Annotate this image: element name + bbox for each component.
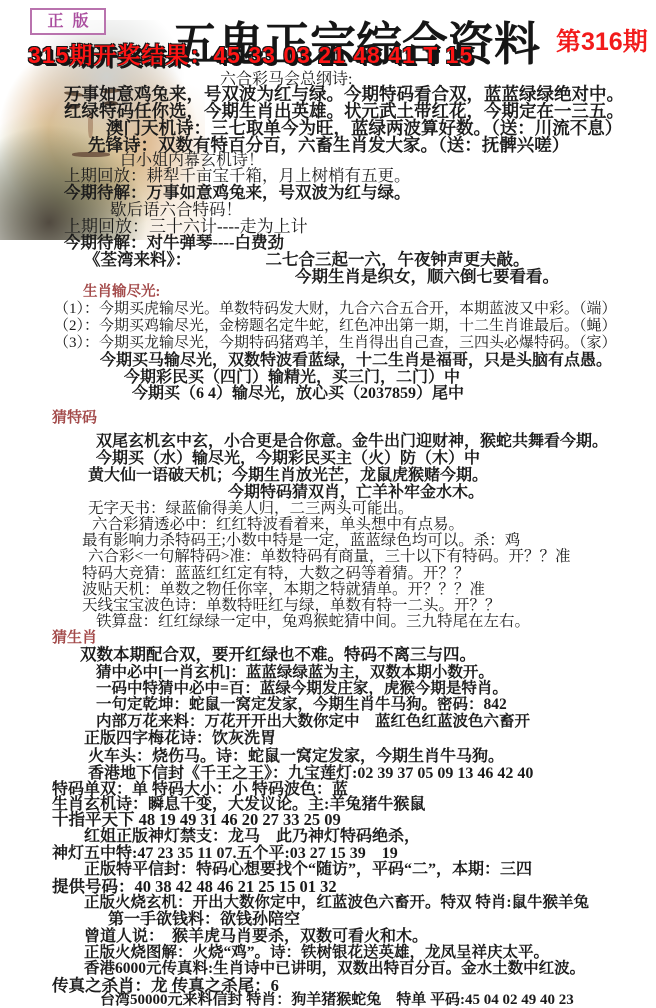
text-line: 内部万花来料：万花开开出大数你定中 蓝红色红蓝波色六畜开 [96, 714, 530, 730]
issue-number: 第316期 [556, 22, 648, 58]
authentic-badge: 正版 [30, 8, 106, 35]
text-line: 红姐正版神灯禁支：龙马 此乃神灯特码绝杀， [84, 829, 420, 845]
section-heading: 生肖输尽光: [83, 285, 160, 300]
text-line: 六合彩<一句解特码>准：单数特码有商量，三十以下有特码。开？？准 [88, 549, 571, 565]
text-line: 今期特码猜双肖，亡羊补牢金水木。 [228, 485, 484, 501]
text-line: 第一手欲钱料：欲钱孙陪空 [108, 912, 300, 928]
text-line: 今期生肖是织女，顺六倒七要看看。 [295, 269, 559, 286]
text-line: 火车头：烧伤马。诗：蛇鼠一窝定发家，今期生肖牛马狗。 [88, 749, 504, 765]
text-line: 波贴天机：单数之物任你宰，本期之特就猜单。开？？？准 [82, 582, 485, 598]
text-line: 一码中特猜中必中=百：蓝绿今期发庄家，虎猴今期是特肖。 [96, 681, 508, 697]
text-line: 台湾50000元来料信封 特肖：狗羊猪猴蛇兔 特单 平码:45 04 02 49… [100, 993, 574, 1008]
text-line: 双尾玄机玄中玄，小合更是合你意。金牛出门迎财神，猴蛇共舞看今期。 [96, 434, 608, 450]
text-line: 曾道人说： 猴羊虎马肖要杀，双数可看火和木。 [84, 929, 428, 945]
last-draw-result: 315期开奖结果：45 33 03 21 48 41 T 15 [28, 37, 473, 70]
text-line: 最有影响力杀特码王;小数中特是一定，蓝蓝绿色均可以。杀：鸡 [82, 533, 520, 549]
text-line: 正版特平信封：特码心想要找个“随访”，平码“二”，本期：三四 [84, 862, 532, 878]
text-line: 一句定乾坤：蛇鼠一窝定发家，今期生肖牛马狗。密码：842 [96, 697, 507, 713]
lottery-info-sheet: 正版 五鬼正宗综合资料 第316期 315期开奖结果：45 33 03 21 4… [0, 0, 656, 1008]
text-line: （1）：今期买虎输尽光。单数特码发大财，九合六合五合开，本期蓝波又中彩。（端） [54, 302, 617, 317]
text-line: 铁算盘：红红绿绿一定中，兔鸡猴蛇猜中间。三九特尾在左右。 [96, 614, 530, 630]
text-line: （3）：今期买龙输尽光，今期特码猪鸡羊，生肖得出自己查，三四头必爆特码。（家） [54, 336, 617, 351]
text-line: 今期买马输尽光，双数特波看蓝绿，十二生肖是福哥，只是头脑有点愚。 [100, 353, 612, 369]
text-line: 香港地下信封《千王之王》：九宝莲灯:02 39 37 05 09 13 46 4… [88, 766, 533, 782]
text-line: 无字天书：绿蓝偷得美人归，二三两头可能出。 [88, 501, 414, 517]
text-line: 黄大仙一语破天机；今期生肖放光芒，龙鼠虎猴赌今期。 [88, 468, 488, 484]
text-line: 神灯五中特:47 23 35 11 07.五个平:03 27 15 39 19 [52, 846, 398, 862]
text-line: 正版火烧图解：火烧“鸡”。诗：铁树银花送英雄，龙凤呈祥庆太平。 [84, 945, 549, 961]
text-line: 正版火烧玄机：开出大数你定中，红蓝波色六畜开。特双 特肖:鼠牛猴羊兔 [84, 895, 589, 911]
text-line: 香港6000元传真料:生肖诗中已讲明，双数出特百分百。金水土数中红波。 [84, 961, 585, 977]
section-heading: 猜特码 [52, 411, 97, 426]
text-line: 十指平天下 48 19 49 31 46 20 27 33 25 09 [52, 812, 341, 829]
text-line: 天线宝宝波色诗：单数特旺红与绿，单数有特一二头。开？？ [82, 598, 501, 614]
text-line: 今期买（水）输尽光，今期彩民买主（火）防（木）中 [96, 451, 480, 467]
text-line: 正版四字梅花诗：饮灰洗胃 [84, 731, 276, 747]
text-line: 六合彩猜透必中：红红特波看着来，单头想中有点易。 [92, 517, 464, 533]
text-line: 双数本期配合双，要开红绿也不难。特码不离三与四。 [80, 647, 476, 664]
text-line: 猜中必中[一肖玄机]：蓝蓝绿绿蓝为主，双数本期小数开。 [96, 665, 494, 681]
text-line: 特码大竞猜：蓝蓝红红定有特，大数之码等着猜。开？？ [82, 566, 470, 582]
section-heading: 猜生肖 [52, 631, 97, 646]
text-line: 今期买（6 4）输尽光，放心买（2037859）尾中 [132, 386, 464, 402]
text-line: 今期彩民买（四门）输精光，买三门，二门）中 [124, 370, 460, 386]
text-line: （2）：今期买鸡输尽光，金榜题名定牛蛇，红色冲出第一期，十二生肖谁最后。（蝇） [54, 319, 617, 334]
